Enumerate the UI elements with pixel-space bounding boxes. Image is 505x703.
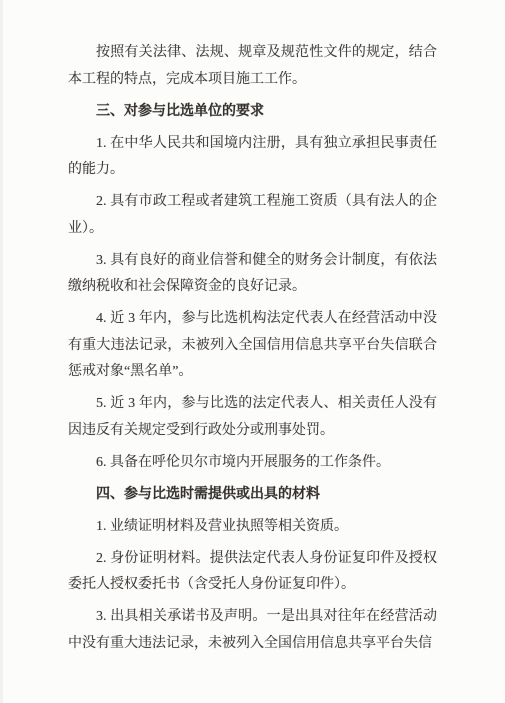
requirement-item-1: 1. 在中华人民共和国境内注册，具有独立承担民事责任的能力。	[68, 131, 437, 184]
document-body: 按照有关法律、法规、规章及规范性文件的规定，结合本工程的特点，完成本项目施工工作…	[68, 40, 437, 657]
requirement-item-3: 3. 具有良好的商业信誉和健全的财务会计制度，有依法缴纳税收和社会保障资金的良好…	[68, 248, 437, 301]
section-heading-4: 四、参与比选时需提供或出具的材料	[68, 482, 437, 509]
document-page: 按照有关法律、法规、规章及规范性文件的规定，结合本工程的特点，完成本项目施工工作…	[0, 0, 505, 703]
section-heading-3: 三、对参与比选单位的要求	[68, 99, 437, 126]
material-item-3: 3. 出具相关承诺书及声明。一是出具对往年在经营活动中没有重大违法记录，未被列入…	[68, 604, 437, 657]
material-item-1: 1. 业绩证明材料及营业执照等相关资质。	[68, 514, 437, 541]
requirement-item-4: 4. 近 3 年内，参与比选机构法定代表人在经营活动中没有重大违法记录，未被列入…	[68, 306, 437, 386]
requirement-item-6: 6. 具备在呼伦贝尔市境内开展服务的工作条件。	[68, 450, 437, 477]
material-item-2: 2. 身份证明材料。提供法定代表人身份证复印件及授权委托人授权委托书（含受托人身…	[68, 546, 437, 599]
paragraph-intro: 按照有关法律、法规、规章及规范性文件的规定，结合本工程的特点，完成本项目施工工作…	[68, 40, 437, 93]
requirement-item-2: 2. 具有市政工程或者建筑工程施工资质（具有法人的企业）。	[68, 189, 437, 242]
requirement-item-5: 5. 近 3 年内，参与比选的法定代表人、相关责任人没有因违反有关规定受到行政处…	[68, 391, 437, 444]
